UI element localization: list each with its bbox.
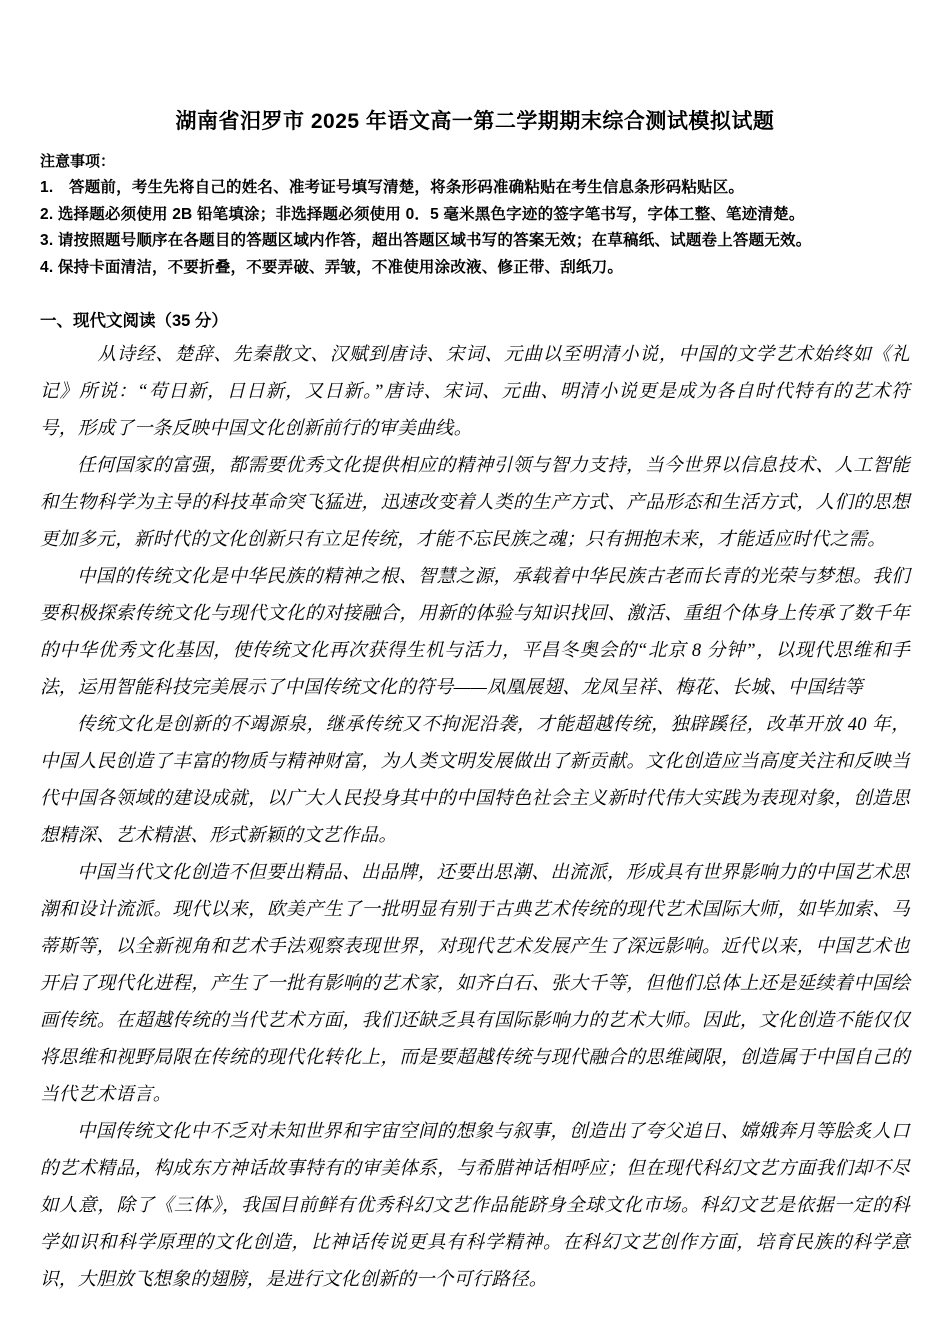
notice-item-3: 3. 请按照题号顺序在各题目的答题区域内作答，超出答题区域书写的答案无效；在草稿… [40, 228, 910, 255]
notice-list: 1. 答题前，考生先将自己的姓名、准考证号填写清楚，将条形码准确粘贴在考生信息条… [40, 175, 910, 281]
passage-paragraph-6: 中国传统文化中不乏对未知世界和宇宙空间的想象与叙事，创造出了夸父追日、嫦娥奔月等… [40, 1114, 910, 1299]
notice-section: 注意事项： 1. 答题前，考生先将自己的姓名、准考证号填写清楚，将条形码准确粘贴… [40, 149, 910, 281]
reading-passage: 从诗经、楚辞、先秦散文、汉赋到唐诗、宋词、元曲以至明清小说，中国的文学艺术始终如… [40, 337, 910, 1299]
notice-item-1: 1. 答题前，考生先将自己的姓名、准考证号填写清楚，将条形码准确粘贴在考生信息条… [40, 175, 910, 202]
notice-item-2: 2. 选择题必须使用 2B 铅笔填涂；非选择题必须使用 0．5 毫米黑色字迹的签… [40, 202, 910, 229]
passage-paragraph-2: 任何国家的富强，都需要优秀文化提供相应的精神引领与智力支持，当今世界以信息技术、… [40, 448, 910, 559]
notice-item-4: 4. 保持卡面清洁，不要折叠，不要弄破、弄皱，不准使用涂改液、修正带、刮纸刀。 [40, 255, 910, 282]
section-heading-modern-reading: 一、现代文阅读（35 分） [40, 309, 910, 333]
passage-paragraph-5: 中国当代文化创造不但要出精品、出品牌，还要出思潮、出流派，形成具有世界影响力的中… [40, 855, 910, 1114]
exam-title: 湖南省汨罗市 2025 年语文高一第二学期期末综合测试模拟试题 [40, 108, 910, 136]
notice-heading: 注意事项： [40, 149, 910, 175]
passage-paragraph-4: 传统文化是创新的不竭源泉，继承传统又不拘泥沿袭，才能超越传统，独辟蹊径，改革开放… [40, 707, 910, 855]
passage-paragraph-3: 中国的传统文化是中华民族的精神之根、智慧之源，承载着中华民族古老而长青的光荣与梦… [40, 559, 910, 707]
exam-document-page: 湖南省汨罗市 2025 年语文高一第二学期期末综合测试模拟试题 注意事项： 1.… [0, 0, 950, 1344]
passage-paragraph-1: 从诗经、楚辞、先秦散文、汉赋到唐诗、宋词、元曲以至明清小说，中国的文学艺术始终如… [40, 337, 910, 448]
